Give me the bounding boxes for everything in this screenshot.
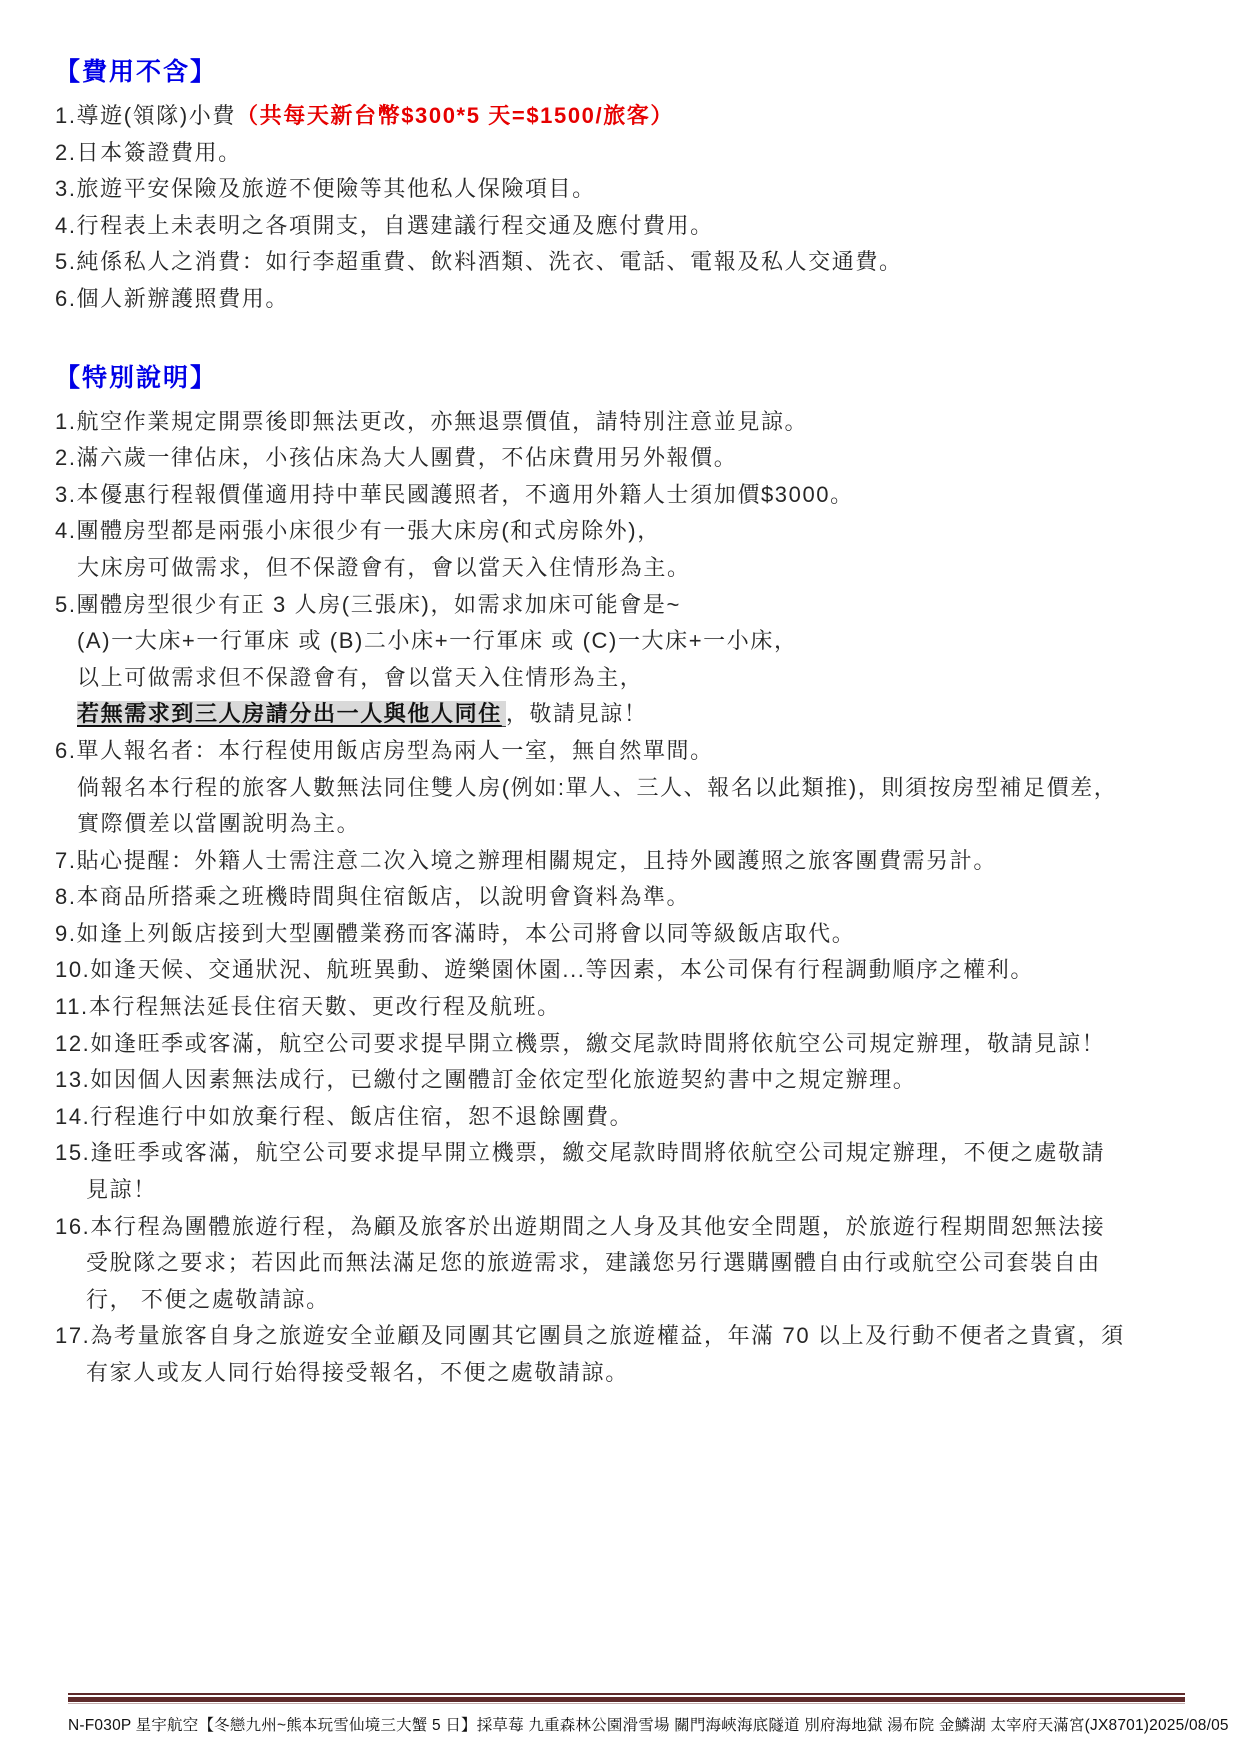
footer-divider-thick-line: [68, 1697, 1185, 1702]
highlight-note: 若無需求到三人房請分出一人與他人同住: [77, 701, 506, 727]
fee-item-1-label: 1.導遊(領隊)小費: [55, 103, 236, 128]
note-line-16c: 行， 不便之處敬請諒。: [55, 1282, 1203, 1319]
note-line-5b: (A)一大床+一行軍床 或 (B)二小床+一行軍床 或 (C)一大床+一小床，: [55, 623, 1203, 660]
footer-divider-underline: [68, 1703, 1185, 1704]
fee-item-1: 1.導遊(領隊)小費（共每天新台幣$300*5 天=$1500/旅客）: [55, 98, 1203, 135]
note-line-10: 10.如逢天候、交通狀況、航班異動、遊樂園休園...等因素，本公司保有行程調動順…: [55, 952, 1203, 989]
footer-divider: [68, 1693, 1185, 1704]
note-line-11: 11.本行程無法延長住宿天數、更改行程及航班。: [55, 989, 1203, 1026]
note-line-17b: 有家人或友人同行始得接受報名，不便之處敬請諒。: [55, 1355, 1203, 1392]
fee-item-4: 4.行程表上未表明之各項開支，自選建議行程交通及應付費用。: [55, 208, 1203, 245]
note-line-7: 7.貼心提醒：外籍人士需注意二次入境之辦理相關規定，且持外國護照之旅客團費需另計…: [55, 843, 1203, 880]
note-line-5c: 以上可做需求但不保證會有，會以當天入住情形為主，: [55, 660, 1203, 697]
document-page: 【費用不含】 1.導遊(領隊)小費（共每天新台幣$300*5 天=$1500/旅…: [0, 0, 1241, 1755]
tip-amount-note: （共每天新台幣$300*5 天=$1500/旅客）: [236, 103, 674, 128]
note-line-4b: 大床房可做需求，但不保證會有，會以當天入住情形為主。: [55, 550, 1203, 587]
document-body: 【費用不含】 1.導遊(領隊)小費（共每天新台幣$300*5 天=$1500/旅…: [55, 52, 1203, 1392]
note-line-14: 14.行程進行中如放棄行程、飯店住宿，恕不退餘團費。: [55, 1099, 1203, 1136]
note-line-17: 17.為考量旅客自身之旅遊安全並顧及同團其它團員之旅遊權益，年滿 70 以上及行…: [55, 1318, 1203, 1355]
fee-item-6: 6.個人新辦護照費用。: [55, 281, 1203, 318]
page-footer: N-F030P 星宇航空【冬戀九州~熊本玩雪仙境三大蟹 5 日】採草莓 九重森林…: [68, 1693, 1185, 1735]
note-line-16: 16.本行程為團體旅遊行程，為顧及旅客於出遊期間之人身及其他安全問題，於旅遊行程…: [55, 1209, 1203, 1246]
note-line-4: 4.團體房型都是兩張小床很少有一張大床房(和式房除外)，: [55, 513, 1203, 550]
note-line-5d: 若無需求到三人房請分出一人與他人同住，敬請見諒！: [55, 696, 1203, 733]
note-line-15b: 見諒！: [55, 1172, 1203, 1209]
special-section-heading: 【特別說明】: [55, 358, 1203, 398]
note-line-13: 13.如因個人因素無法成行，已繳付之團體訂金依定型化旅遊契約書中之規定辦理。: [55, 1062, 1203, 1099]
fee-item-5: 5.純係私人之消費：如行李超重費、飲料酒類、洗衣、電話、電報及私人交通費。: [55, 244, 1203, 281]
note-line-8: 8.本商品所搭乘之班機時間與住宿飯店，以說明會資料為準。: [55, 879, 1203, 916]
footer-text: N-F030P 星宇航空【冬戀九州~熊本玩雪仙境三大蟹 5 日】採草莓 九重森林…: [68, 1713, 1185, 1735]
fees-section-heading: 【費用不含】: [55, 52, 1203, 92]
note-line-3: 3.本優惠行程報價僅適用持中華民國護照者，不適用外籍人士須加價$3000。: [55, 477, 1203, 514]
note-line-6: 6.單人報名者：本行程使用飯店房型為兩人一室，無自然單間。: [55, 733, 1203, 770]
note-line-6b: 倘報名本行程的旅客人數無法同住雙人房(例如:單人、三人、報名以此類推)，則須按房…: [55, 770, 1203, 807]
note-line-9: 9.如逢上列飯店接到大型團體業務而客滿時，本公司將會以同等級飯店取代。: [55, 916, 1203, 953]
note-line-2: 2.滿六歲一律佔床，小孩佔床為大人團費，不佔床費用另外報價。: [55, 440, 1203, 477]
fee-item-2: 2.日本簽證費用。: [55, 135, 1203, 172]
fee-item-3: 3.旅遊平安保險及旅遊不便險等其他私人保險項目。: [55, 171, 1203, 208]
note-line-16b: 受脫隊之要求；若因此而無法滿足您的旅遊需求，建議您另行選購團體自由行或航空公司套…: [55, 1245, 1203, 1282]
note-line-6c: 實際價差以當團說明為主。: [55, 806, 1203, 843]
note-line-15: 15.逢旺季或客滿，航空公司要求提早開立機票，繳交尾款時間將依航空公司規定辦理，…: [55, 1135, 1203, 1172]
note-line-5: 5.團體房型很少有正 3 人房(三張床)，如需求加床可能會是~: [55, 587, 1203, 624]
note-line-12: 12.如逢旺季或客滿，航空公司要求提早開立機票，繳交尾款時間將依航空公司規定辦理…: [55, 1026, 1203, 1063]
note-line-1: 1.航空作業規定開票後即無法更改，亦無退票價值，請特別注意並見諒。: [55, 404, 1203, 441]
highlight-note-tail: ，敬請見諒！: [506, 701, 648, 726]
